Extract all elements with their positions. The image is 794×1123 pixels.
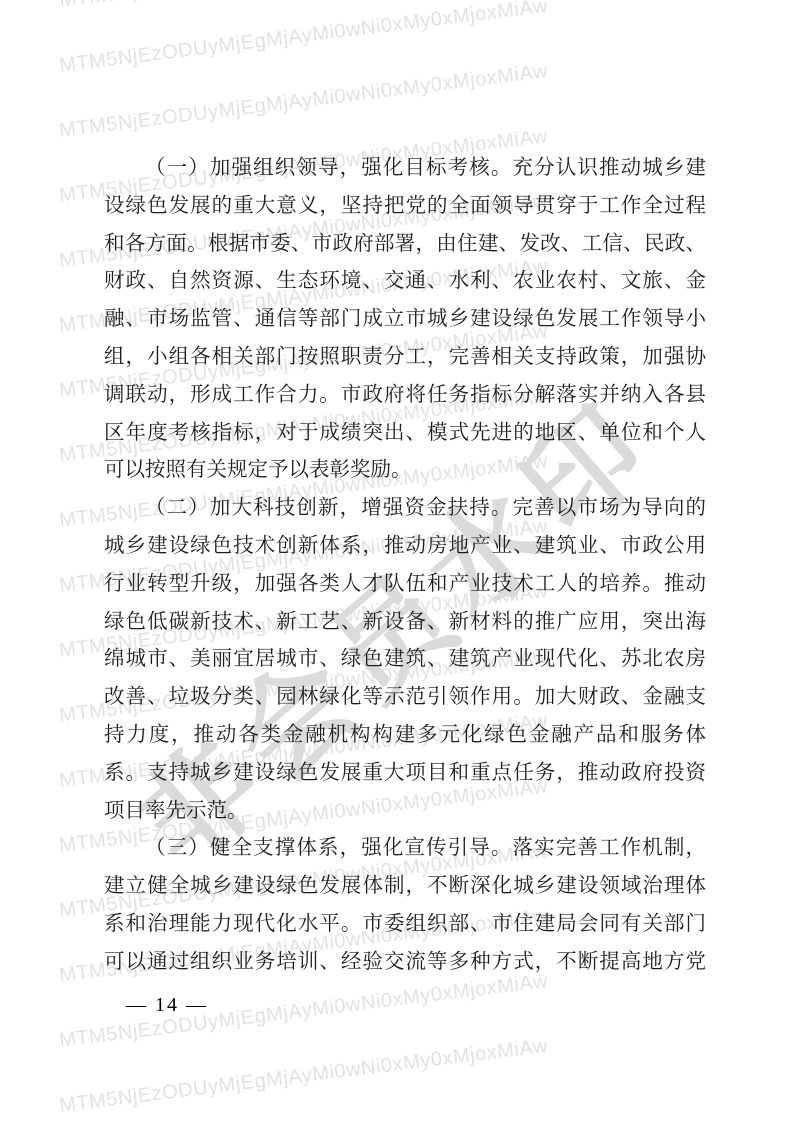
page-number: — 14 — (126, 994, 208, 1017)
text-line: （一）加强组织领导，强化目标考核。充分认识推动城乡建 (104, 150, 706, 188)
text-line: 区年度考核指标，对于成绩突出、模式先进的地区、单位和个人 (104, 415, 706, 453)
text-line: 可以通过组织业务培训、经验交流等多种方式，不断提高地方党 (104, 944, 706, 982)
document-body: （一）加强组织领导，强化目标考核。充分认识推动城乡建设绿色发展的重大意义，坚持把… (104, 150, 706, 982)
tiled-watermark-row: MTM5NjEzODUyMjEgMjAyMi0wNi0xMy0xMjoxMiAw (58, 0, 549, 13)
text-line: 绿色低碳新技术、新工艺、新设备、新材料的推广应用，突出海 (104, 604, 706, 642)
text-line: 城乡建设绿色技术创新体系，推动房地产业、建筑业、市政公用 (104, 528, 706, 566)
text-line: 可以按照有关规定予以表彰奖励。 (104, 452, 706, 490)
text-line: 项目率先示范。 (104, 793, 706, 831)
text-line: 设绿色发展的重大意义，坚持把党的全面领导贯穿于工作全过程 (104, 188, 706, 226)
text-line: 融、市场监管、通信等部门成立市城乡建设绿色发展工作领导小 (104, 301, 706, 339)
tiled-watermark-row: MTM5NjEzODUyMjEgMjAyMi0wNi0xMy0xMjoxMiAw (58, 1035, 549, 1118)
text-line: 系。支持城乡建设绿色发展重大项目和重点任务，推动政府投资 (104, 755, 706, 793)
tiled-watermark-row: MTM5NjEzODUyMjEgMjAyMi0wNi0xMy0xMjoxMiAw (58, 0, 549, 78)
text-line: 改善、垃圾分类、园林绿化等示范引领作用。加大财政、金融支 (104, 679, 706, 717)
text-line: 组，小组各相关部门按照职责分工，完善相关支持政策，加强协 (104, 339, 706, 377)
text-line: 绵城市、美丽宜居城市、绿色建筑、建筑产业现代化、苏北农房 (104, 641, 706, 679)
text-line: 调联动，形成工作合力。市政府将任务指标分解落实并纳入各县 (104, 377, 706, 415)
text-line: 建立健全城乡建设绿色发展体制，不断深化城乡建设领域治理体 (104, 868, 706, 906)
text-line: 系和治理能力现代化水平。市委组织部、市住建局会同有关部门 (104, 906, 706, 944)
text-line: （三）健全支撑体系，强化宣传引导。落实完善工作机制， (104, 830, 706, 868)
text-line: 持力度，推动各类金融机构构建多元化绿色金融产品和服务体 (104, 717, 706, 755)
tiled-watermark-row: MTM5NjEzODUyMjEgMjAyMi0wNi0xMy0xMjoxMiAw (58, 60, 549, 143)
text-line: （二）加大科技创新，增强资金扶持。完善以市场为导向的 (104, 490, 706, 528)
text-line: 行业转型升级，加强各类人才队伍和产业技术工人的培养。推动 (104, 566, 706, 604)
document-page: MTM5NjEzODUyMjEgMjAyMi0wNi0xMy0xMjoxMiAw… (0, 0, 794, 1123)
text-line: 财政、自然资源、生态环境、交通、水利、农业农村、文旅、金 (104, 263, 706, 301)
text-line: 和各方面。根据市委、市政府部署，由住建、发改、工信、民政、 (104, 226, 706, 264)
